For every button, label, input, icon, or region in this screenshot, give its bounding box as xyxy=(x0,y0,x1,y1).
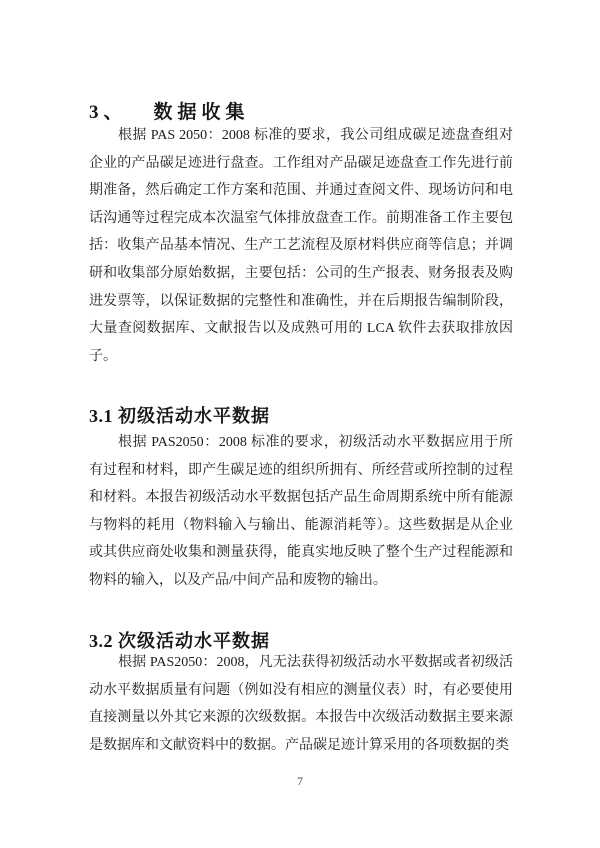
section-heading-3-1: 3.1初级活动水平数据 xyxy=(89,402,270,428)
document-page: 3、数据收集 根据 PAS 2050：2008 标准的要求，我公司组成碳足迹盘查… xyxy=(0,0,600,848)
section-heading-3: 3、数据收集 xyxy=(89,97,250,124)
section-number: 3、 xyxy=(89,102,128,123)
section-title: 初级活动水平数据 xyxy=(118,406,270,426)
section-title: 次级活动水平数据 xyxy=(118,631,270,651)
paragraph: 根据 PAS2050：2008 标准的要求，初级活动水平数据应用于所有过程和材料… xyxy=(89,429,513,595)
paragraph: 根据 PAS2050：2008，凡无法获得初级活动水平数据或者初级活动水平数据质… xyxy=(89,649,513,759)
section-number: 3.2 xyxy=(89,631,113,651)
section-title: 数据收集 xyxy=(154,102,250,123)
paragraph: 根据 PAS 2050：2008 标准的要求，我公司组成碳足迹盘查组对企业的产品… xyxy=(89,122,513,370)
section-number: 3.1 xyxy=(89,406,113,426)
page-number: 7 xyxy=(0,774,600,789)
